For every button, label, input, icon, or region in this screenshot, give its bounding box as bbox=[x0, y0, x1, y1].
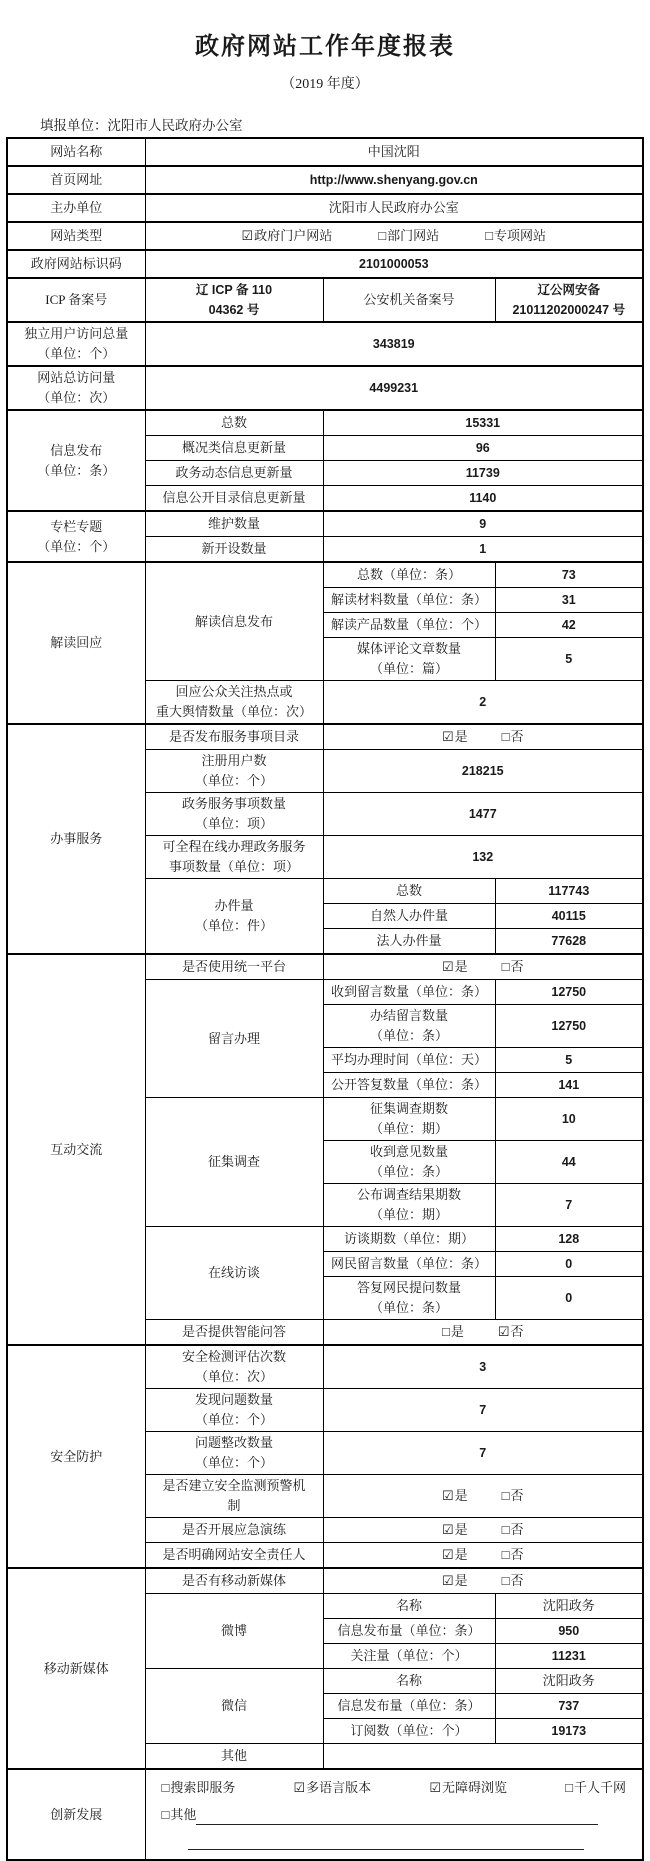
table-row: ICP 备案号辽 ICP 备 11004362 号公安机关备案号辽公网安备210… bbox=[7, 278, 643, 322]
metric-value: 42 bbox=[495, 613, 643, 638]
option: ☑是 bbox=[442, 1520, 468, 1540]
checkbox-unchecked-icon: □ bbox=[378, 228, 386, 243]
section-info-pub-label: 信息发布（单位：条） bbox=[7, 410, 145, 511]
label-line: （单位：个） bbox=[149, 771, 320, 791]
icp-label: ICP 备案号 bbox=[7, 278, 145, 322]
metric-label: 安全检测评估次数（单位：次） bbox=[145, 1345, 323, 1389]
checkbox-unchecked-icon: □ bbox=[502, 729, 510, 744]
metric-value: 12750 bbox=[495, 1005, 643, 1048]
option-label: 是 bbox=[455, 729, 468, 744]
checkbox-unchecked-icon: □ bbox=[442, 1324, 450, 1339]
label-line: （单位：条） bbox=[327, 1026, 492, 1046]
metric-value: 沈阳政务 bbox=[495, 1669, 643, 1694]
wechat-group-label: 微信 bbox=[145, 1669, 323, 1744]
table-row: 独立用户访问总量（单位：个）343819 bbox=[7, 322, 643, 366]
label-line: （单位：期） bbox=[327, 1119, 492, 1139]
table-row: 网站总访问量（单位：次）4499231 bbox=[7, 366, 643, 410]
total-visits-value: 4499231 bbox=[145, 366, 643, 410]
checkbox-checked-icon: ☑ bbox=[429, 1780, 441, 1795]
metric-label: 是否有移动新媒体 bbox=[145, 1568, 323, 1594]
option: □否 bbox=[502, 727, 524, 747]
option: □部门网站 bbox=[378, 226, 439, 246]
metric-label: 总数（单位：条） bbox=[323, 562, 495, 588]
metric-label: 解读材料数量（单位：条） bbox=[323, 588, 495, 613]
checkbox-checked-icon: ☑ bbox=[294, 1780, 306, 1795]
site-type-label: 网站类型 bbox=[7, 222, 145, 250]
metric-value: 1 bbox=[323, 537, 643, 563]
option-label: 多语言版本 bbox=[306, 1780, 371, 1795]
metric-value: 73 bbox=[495, 562, 643, 588]
police-value-line1: 辽公网安备 bbox=[499, 280, 640, 300]
unique-visitors-label: 独立用户访问总量（单位：个） bbox=[7, 322, 145, 366]
table-row: 办事服务是否发布服务事项目录☑是□否 bbox=[7, 724, 643, 750]
metric-label: 政务动态信息更新量 bbox=[145, 461, 323, 486]
label-line: 是否建立安全监测预警机 bbox=[149, 1476, 320, 1496]
metric-label: 网民留言数量（单位：条） bbox=[323, 1252, 495, 1277]
metric-label: 政务服务事项数量（单位：项） bbox=[145, 793, 323, 836]
metric-value: 117743 bbox=[495, 879, 643, 904]
option: □否 bbox=[502, 957, 524, 977]
metric-value: 7 bbox=[495, 1184, 643, 1227]
option: ☑是 bbox=[442, 1571, 468, 1591]
metric-label: 名称 bbox=[323, 1594, 495, 1619]
option-label: 否 bbox=[511, 1488, 524, 1503]
label-line: 专栏专题 bbox=[11, 517, 142, 537]
label-line: 安全检测评估次数 bbox=[149, 1347, 320, 1367]
metric-label: 总数 bbox=[145, 410, 323, 436]
interpret-group-label: 解读信息发布 bbox=[145, 562, 323, 681]
police-record-label: 公安机关备案号 bbox=[323, 278, 495, 322]
label-line: （单位：篇） bbox=[327, 659, 492, 679]
option-label: 千人千网 bbox=[574, 1780, 626, 1795]
blank-underline bbox=[196, 1808, 598, 1825]
label-line: 事项数量（单位：项） bbox=[149, 857, 320, 877]
metric-label: 征集调查期数（单位：期） bbox=[323, 1098, 495, 1141]
checkbox-unchecked-icon: □ bbox=[162, 1780, 170, 1795]
option-label: 是 bbox=[455, 959, 468, 974]
yes-no-cell: □是☑否 bbox=[323, 1320, 643, 1346]
metric-value: 950 bbox=[495, 1619, 643, 1644]
option-label: 专项网站 bbox=[494, 228, 546, 243]
metric-value: 737 bbox=[495, 1694, 643, 1719]
option: ☑无障碍浏览 bbox=[429, 1778, 507, 1798]
label-line: 政务服务事项数量 bbox=[149, 794, 320, 814]
checkbox-checked-icon: ☑ bbox=[442, 1573, 454, 1588]
label-line: 可全程在线办理政务服务 bbox=[149, 837, 320, 857]
checkbox-unchecked-icon: □ bbox=[162, 1807, 170, 1822]
metric-value: 0 bbox=[495, 1277, 643, 1320]
metric-value: 96 bbox=[323, 436, 643, 461]
label-line: 重大舆情数量（单位：次） bbox=[149, 702, 320, 722]
mobile-other-value bbox=[323, 1744, 643, 1770]
metric-label: 概况类信息更新量 bbox=[145, 436, 323, 461]
metric-label: 公布调查结果期数（单位：期） bbox=[323, 1184, 495, 1227]
metric-value: 77628 bbox=[495, 929, 643, 955]
section-innovation-label: 创新发展 bbox=[7, 1769, 145, 1860]
metric-value: 5 bbox=[495, 1048, 643, 1073]
innovation-options: □搜索即服务☑多语言版本☑无障碍浏览□千人千网 □其他 bbox=[145, 1769, 643, 1860]
metric-value: 15331 bbox=[323, 410, 643, 436]
option: □专项网站 bbox=[485, 226, 546, 246]
label-line: 办件量 bbox=[149, 896, 320, 916]
section-columns-label: 专栏专题（单位：个） bbox=[7, 511, 145, 562]
checkbox-checked-icon: ☑ bbox=[442, 729, 454, 744]
label-line: （单位：条） bbox=[327, 1162, 492, 1182]
option: ☑是 bbox=[442, 727, 468, 747]
table-row: 网站名称中国沈阳 bbox=[7, 138, 643, 166]
metric-value: 沈阳政务 bbox=[495, 1594, 643, 1619]
option-label: 否 bbox=[511, 1522, 524, 1537]
checkbox-unchecked-icon: □ bbox=[565, 1780, 573, 1795]
label-line: 独立用户访问总量 bbox=[11, 324, 142, 344]
label-line: （单位：件） bbox=[149, 916, 320, 936]
label-line: 办结留言数量 bbox=[327, 1006, 492, 1026]
metric-value: 10 bbox=[495, 1098, 643, 1141]
metric-value: 19173 bbox=[495, 1719, 643, 1744]
yes-no-cell: ☑是□否 bbox=[323, 1568, 643, 1594]
metric-label: 办结留言数量（单位：条） bbox=[323, 1005, 495, 1048]
option-label: 是 bbox=[455, 1573, 468, 1588]
survey-group-label: 征集调查 bbox=[145, 1098, 323, 1227]
checkbox-checked-icon: ☑ bbox=[442, 959, 454, 974]
checkbox-checked-icon: ☑ bbox=[442, 1547, 454, 1562]
section-interpret-label: 解读回应 bbox=[7, 562, 145, 724]
option: □否 bbox=[502, 1486, 524, 1506]
checkbox-unchecked-icon: □ bbox=[485, 228, 493, 243]
checkbox-unchecked-icon: □ bbox=[502, 1547, 510, 1562]
metric-value: 132 bbox=[323, 836, 643, 879]
label-line: 回应公众关注热点或 bbox=[149, 682, 320, 702]
metric-value: 40115 bbox=[495, 904, 643, 929]
metric-label: 是否使用统一平台 bbox=[145, 954, 323, 980]
label-line: 答复网民提问数量 bbox=[327, 1278, 492, 1298]
metric-label: 关注量（单位：个） bbox=[323, 1644, 495, 1669]
annual-report-table: 网站名称中国沈阳 首页网址http://www.shenyang.gov.cn … bbox=[6, 137, 644, 1861]
table-row: 移动新媒体是否有移动新媒体☑是□否 bbox=[7, 1568, 643, 1594]
option-label: 否 bbox=[511, 729, 524, 744]
metric-label: 解读产品数量（单位：个） bbox=[323, 613, 495, 638]
label-line: 网站总访问量 bbox=[11, 368, 142, 388]
metric-label: 是否提供智能问答 bbox=[145, 1320, 323, 1346]
label-line: （单位：次） bbox=[11, 388, 142, 408]
table-row: 专栏专题（单位：个）维护数量9 bbox=[7, 511, 643, 537]
icp-value-line1: 辽 ICP 备 110 bbox=[149, 280, 320, 300]
metric-value: 3 bbox=[323, 1345, 643, 1389]
option-label: 部门网站 bbox=[387, 228, 439, 243]
metric-value: 1140 bbox=[323, 486, 643, 512]
blank-underline bbox=[188, 1833, 585, 1850]
label-line: 发现问题数量 bbox=[149, 1390, 320, 1410]
mobile-other-label: 其他 bbox=[145, 1744, 323, 1770]
option: □千人千网 bbox=[565, 1778, 626, 1798]
metric-label: 媒体评论文章数量（单位：篇） bbox=[323, 638, 495, 681]
metric-label: 访谈期数（单位：期） bbox=[323, 1227, 495, 1252]
page-title: 政府网站工作年度报表 bbox=[0, 26, 650, 61]
metric-label: 注册用户数（单位：个） bbox=[145, 750, 323, 793]
metric-value: 11739 bbox=[323, 461, 643, 486]
label-line: （单位：个） bbox=[149, 1453, 320, 1473]
option-label: 否 bbox=[511, 959, 524, 974]
option-label: 否 bbox=[511, 1573, 524, 1588]
metric-label: 信息公开目录信息更新量 bbox=[145, 486, 323, 512]
sponsor-value: 沈阳市人民政府办公室 bbox=[145, 194, 643, 222]
metric-label: 是否开展应急演练 bbox=[145, 1518, 323, 1543]
label-line: 收到意见数量 bbox=[327, 1142, 492, 1162]
metric-value: 0 bbox=[495, 1252, 643, 1277]
label-line: （单位：条） bbox=[11, 461, 142, 481]
section-mobile-label: 移动新媒体 bbox=[7, 1568, 145, 1769]
icp-value-line2: 04362 号 bbox=[149, 300, 320, 320]
option: ☑政府门户网站 bbox=[242, 226, 333, 246]
option-label: 是 bbox=[455, 1547, 468, 1562]
metric-value: 5 bbox=[495, 638, 643, 681]
metric-label: 法人办件量 bbox=[323, 929, 495, 955]
metric-label: 是否发布服务事项目录 bbox=[145, 724, 323, 750]
metric-value: 12750 bbox=[495, 980, 643, 1005]
metric-label: 收到留言数量（单位：条） bbox=[323, 980, 495, 1005]
label-line: （单位：期） bbox=[327, 1205, 492, 1225]
option-label: 无障碍浏览 bbox=[442, 1780, 507, 1795]
option-label: 搜索即服务 bbox=[170, 1780, 235, 1795]
table-row: 互动交流是否使用统一平台☑是□否 bbox=[7, 954, 643, 980]
label-line: （单位：个） bbox=[11, 537, 142, 557]
label-line: （单位：项） bbox=[149, 814, 320, 834]
weibo-group-label: 微博 bbox=[145, 1594, 323, 1669]
label-line: 媒体评论文章数量 bbox=[327, 639, 492, 659]
report-unit: 填报单位：沈阳市人民政府办公室 bbox=[40, 114, 650, 134]
section-interaction-label: 互动交流 bbox=[7, 954, 145, 1345]
metric-label: 收到意见数量（单位：条） bbox=[323, 1141, 495, 1184]
yes-no-cell: ☑是□否 bbox=[323, 724, 643, 750]
option-label: 是 bbox=[451, 1324, 464, 1339]
yes-no-cell: ☑是□否 bbox=[323, 1518, 643, 1543]
option: ☑是 bbox=[442, 1486, 468, 1506]
site-code-label: 政府网站标识码 bbox=[7, 250, 145, 278]
metric-value: 31 bbox=[495, 588, 643, 613]
metric-label: 答复网民提问数量（单位：条） bbox=[323, 1277, 495, 1320]
site-type-options: ☑政府门户网站□部门网站□专项网站 bbox=[145, 222, 643, 250]
metric-value: 7 bbox=[323, 1389, 643, 1432]
metric-label: 总数 bbox=[323, 879, 495, 904]
option: □否 bbox=[502, 1520, 524, 1540]
metric-label: 订阅数（单位：个） bbox=[323, 1719, 495, 1744]
sponsor-label: 主办单位 bbox=[7, 194, 145, 222]
metric-label: 信息发布量（单位：条） bbox=[323, 1694, 495, 1719]
police-value-line2: 21011202000247 号 bbox=[499, 300, 640, 320]
checkbox-checked-icon: ☑ bbox=[442, 1522, 454, 1537]
metric-label: 是否建立安全监测预警机制 bbox=[145, 1475, 323, 1518]
metric-label: 可全程在线办理政务服务事项数量（单位：项） bbox=[145, 836, 323, 879]
option: ☑是 bbox=[442, 957, 468, 977]
label-line: 制 bbox=[149, 1496, 320, 1516]
yes-no-cell: ☑是□否 bbox=[323, 1543, 643, 1569]
checkbox-unchecked-icon: □ bbox=[502, 959, 510, 974]
option: ☑是 bbox=[442, 1545, 468, 1565]
total-visits-label: 网站总访问量（单位：次） bbox=[7, 366, 145, 410]
metric-label: 是否明确网站安全责任人 bbox=[145, 1543, 323, 1569]
metric-value: 11231 bbox=[495, 1644, 643, 1669]
table-row: 首页网址http://www.shenyang.gov.cn bbox=[7, 166, 643, 194]
option-label: 其他 bbox=[170, 1807, 196, 1822]
site-name-value: 中国沈阳 bbox=[145, 138, 643, 166]
checkbox-unchecked-icon: □ bbox=[502, 1522, 510, 1537]
table-row: 信息发布（单位：条）总数15331 bbox=[7, 410, 643, 436]
checkbox-checked-icon: ☑ bbox=[498, 1324, 510, 1339]
label-line: （单位：次） bbox=[149, 1367, 320, 1387]
table-row: 解读回应解读信息发布总数（单位：条）73 bbox=[7, 562, 643, 588]
checkbox-checked-icon: ☑ bbox=[442, 1488, 454, 1503]
checkbox-unchecked-icon: □ bbox=[502, 1573, 510, 1588]
metric-value: 128 bbox=[495, 1227, 643, 1252]
metric-value: 1477 bbox=[323, 793, 643, 836]
metric-label: 信息发布量（单位：条） bbox=[323, 1619, 495, 1644]
table-row: 政府网站标识码2101000053 bbox=[7, 250, 643, 278]
home-url-label: 首页网址 bbox=[7, 166, 145, 194]
label-line: 问题整改数量 bbox=[149, 1433, 320, 1453]
yes-no-cell: ☑是□否 bbox=[323, 954, 643, 980]
metric-label: 新开设数量 bbox=[145, 537, 323, 563]
option: □其他 bbox=[162, 1805, 197, 1825]
option-label: 是 bbox=[455, 1488, 468, 1503]
option-label: 否 bbox=[511, 1324, 524, 1339]
yes-no-cell: ☑是□否 bbox=[323, 1475, 643, 1518]
metric-value: 44 bbox=[495, 1141, 643, 1184]
option: ☑多语言版本 bbox=[294, 1778, 372, 1798]
table-row: 安全防护安全检测评估次数（单位：次）3 bbox=[7, 1345, 643, 1389]
option: ☑否 bbox=[498, 1322, 524, 1342]
option: □否 bbox=[502, 1545, 524, 1565]
label-line: （单位：个） bbox=[11, 344, 142, 364]
label-line: 注册用户数 bbox=[149, 751, 320, 771]
metric-label: 公开答复数量（单位：条） bbox=[323, 1073, 495, 1098]
metric-label: 问题整改数量（单位：个） bbox=[145, 1432, 323, 1475]
table-row: 网站类型☑政府门户网站□部门网站□专项网站 bbox=[7, 222, 643, 250]
option-label: 否 bbox=[511, 1547, 524, 1562]
metric-value: 7 bbox=[323, 1432, 643, 1475]
section-security-label: 安全防护 bbox=[7, 1345, 145, 1568]
page-subtitle: （2019 年度） bbox=[0, 73, 650, 93]
unique-visitors-value: 343819 bbox=[145, 322, 643, 366]
hotspot-label: 回应公众关注热点或重大舆情数量（单位：次） bbox=[145, 681, 323, 725]
option: □否 bbox=[502, 1571, 524, 1591]
metric-value: 9 bbox=[323, 511, 643, 537]
metric-value: 218215 bbox=[323, 750, 643, 793]
option: □搜索即服务 bbox=[162, 1778, 236, 1798]
label-line: （单位：条） bbox=[327, 1298, 492, 1318]
police-record-value: 辽公网安备21011202000247 号 bbox=[495, 278, 643, 322]
hotspot-value: 2 bbox=[323, 681, 643, 725]
interview-group-label: 在线访谈 bbox=[145, 1227, 323, 1320]
label-line: 征集调查期数 bbox=[327, 1099, 492, 1119]
option: □是 bbox=[442, 1322, 464, 1342]
metric-label: 维护数量 bbox=[145, 511, 323, 537]
site-code-value: 2101000053 bbox=[145, 250, 643, 278]
checkbox-checked-icon: ☑ bbox=[242, 228, 254, 243]
section-service-label: 办事服务 bbox=[7, 724, 145, 954]
table-row: 主办单位沈阳市人民政府办公室 bbox=[7, 194, 643, 222]
metric-label: 发现问题数量（单位：个） bbox=[145, 1389, 323, 1432]
messages-group-label: 留言办理 bbox=[145, 980, 323, 1098]
icp-value: 辽 ICP 备 11004362 号 bbox=[145, 278, 323, 322]
option-label: 是 bbox=[455, 1522, 468, 1537]
label-line: 公布调查结果期数 bbox=[327, 1185, 492, 1205]
label-line: （单位：个） bbox=[149, 1410, 320, 1430]
metric-label: 名称 bbox=[323, 1669, 495, 1694]
metric-label: 自然人办件量 bbox=[323, 904, 495, 929]
cases-group-label: 办件量（单位：件） bbox=[145, 879, 323, 955]
metric-value: 141 bbox=[495, 1073, 643, 1098]
option-label: 政府门户网站 bbox=[254, 228, 332, 243]
label-line: 信息发布 bbox=[11, 441, 142, 461]
table-row: 创新发展 □搜索即服务☑多语言版本☑无障碍浏览□千人千网 □其他 bbox=[7, 1769, 643, 1860]
checkbox-unchecked-icon: □ bbox=[502, 1488, 510, 1503]
home-url-value: http://www.shenyang.gov.cn bbox=[145, 166, 643, 194]
site-name-label: 网站名称 bbox=[7, 138, 145, 166]
metric-label: 平均办理时间（单位：天） bbox=[323, 1048, 495, 1073]
